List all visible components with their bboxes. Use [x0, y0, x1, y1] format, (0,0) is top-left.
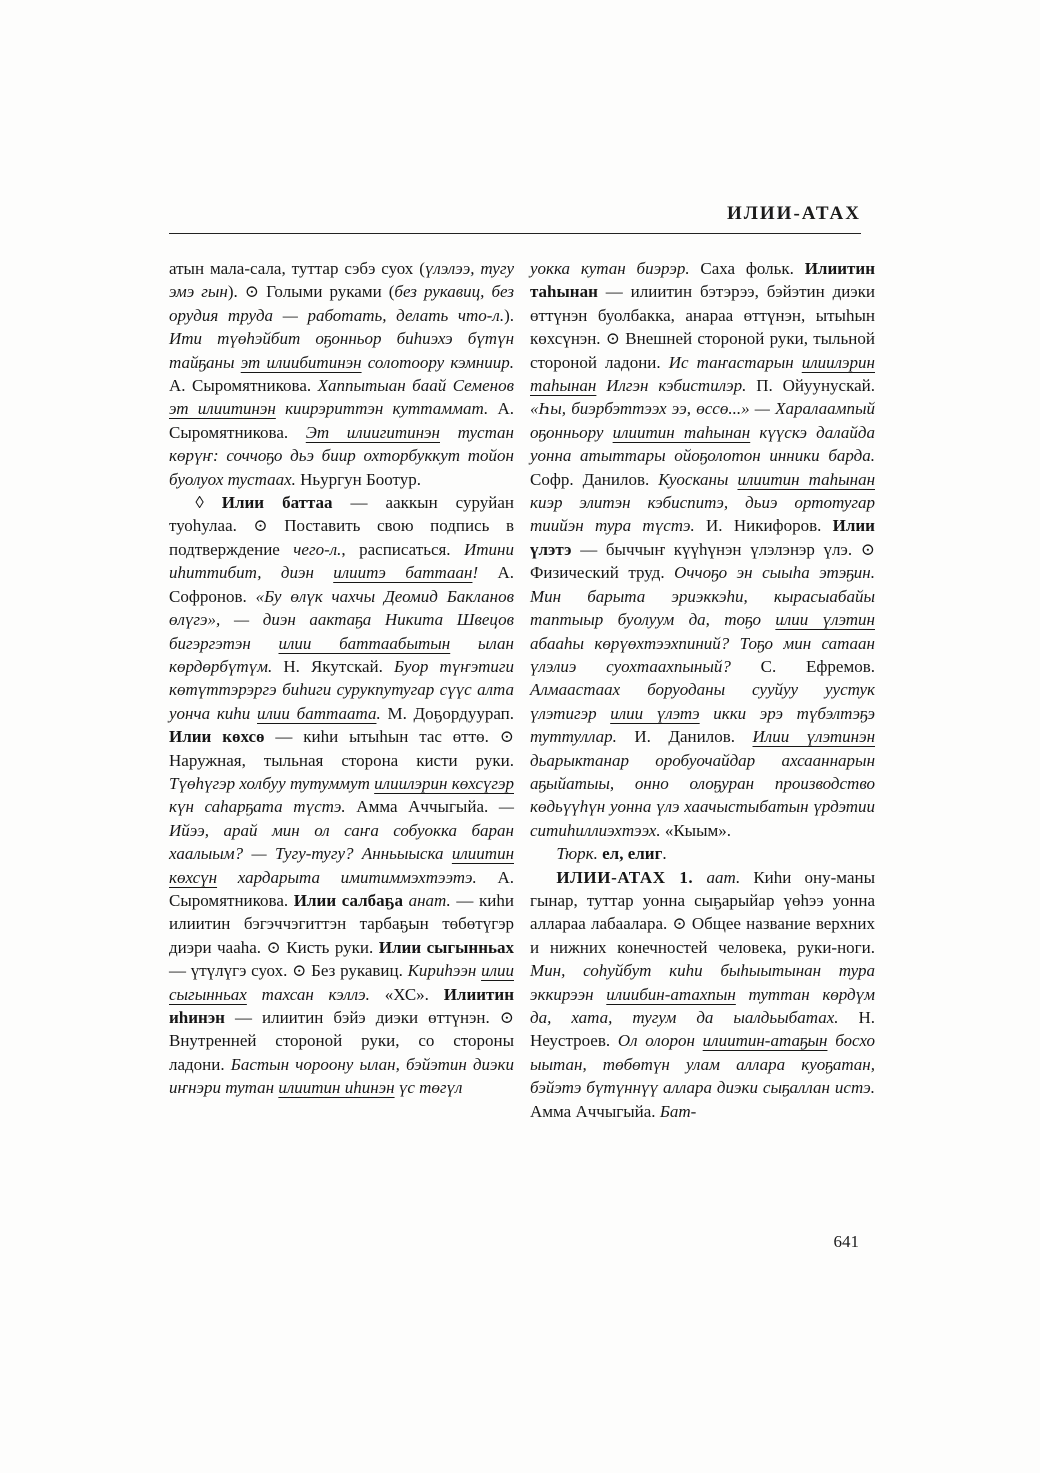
dictionary-page: ИЛИИ-АТАХ атын мала-сала, туттар сэбэ су…	[0, 0, 1040, 1473]
text-run: Хаппытыан баай Семенов	[318, 376, 514, 395]
text-run: Бат-	[660, 1102, 696, 1121]
text-run: тахсан кэллэ.	[247, 985, 370, 1004]
text-run: , расписаться.	[341, 540, 464, 559]
text-run: «Кыым».	[661, 821, 731, 840]
text-run: илии баттаабытын	[279, 634, 451, 653]
text-run: Ньургун Боотур.	[296, 470, 421, 489]
text-run: П. Ойуунускай.	[746, 376, 875, 395]
text-column-right: уокка кутан биэрэр. Саха фольк. Илиитин …	[530, 257, 875, 1123]
text-run: И. Данилов.	[617, 727, 753, 746]
text-column-left: атын мала-сала, туттар сэбэ суох (үлэлээ…	[169, 257, 514, 1123]
text-run: ). ⊙ Голыми руками (	[228, 282, 395, 301]
text-run: үс төгүл	[395, 1078, 463, 1097]
text-run: ).	[504, 306, 514, 325]
header-rule	[169, 233, 861, 234]
text-run: чего-л.	[293, 540, 341, 559]
text-run: уокка кутан биэрэр.	[530, 259, 690, 278]
text-body: атын мала-сала, туттар сэбэ суох (үлэлээ…	[169, 257, 875, 1123]
text-run: Куосканы	[658, 470, 737, 489]
text-run: илиитин-атаҕын	[703, 1031, 828, 1050]
text-run: Ол олорон	[618, 1031, 703, 1050]
page-number: 641	[169, 1232, 859, 1252]
text-run: илиилэрин көхсүгэр	[374, 774, 514, 793]
text-run: Кириһээн	[408, 961, 481, 980]
text-run: Илгэн кэбистилэр.	[596, 376, 746, 395]
running-head: ИЛИИ-АТАХ	[169, 203, 861, 225]
text-run: Эт илиигитинэн	[306, 423, 440, 442]
text-run: Саха фольк.	[690, 259, 805, 278]
text-run: М. Доҕордуурап.	[381, 704, 514, 723]
text-run: .	[662, 844, 666, 863]
text-run: илии үлэтэ	[610, 704, 699, 723]
text-run: Түөһүгэр холбуу тутуммут	[169, 774, 374, 793]
text-run: атын мала-сала, туттар сэбэ суох (	[169, 259, 425, 278]
text-run: киирэриттэн куттаммат.	[276, 399, 488, 418]
text-run: илиибин-атахпын	[606, 985, 736, 1004]
text-run: илии баттаата	[257, 704, 376, 723]
text-run: Н. Якутскай.	[272, 657, 394, 676]
text-run: илии үлэтин	[775, 610, 875, 629]
text-run: Ис таҥастарын	[669, 353, 802, 372]
text-run: А. Сыромятникова.	[169, 376, 318, 395]
text-run: Илии сыгынньах	[379, 938, 514, 957]
text-run: Илии үлэтинэн	[753, 727, 876, 746]
paragraph: ◊ Илии баттаа — ааккын суруйан туоһулаа.…	[169, 491, 514, 1100]
text-run: ел, елиг	[602, 844, 662, 863]
text-run: Софр. Данилов.	[530, 470, 658, 489]
text-run: аат.	[706, 868, 740, 887]
text-run: И. Никифоров.	[695, 516, 833, 535]
paragraph: Тюрк. ел, елиг.	[530, 842, 875, 865]
text-run: эт илиитинэн	[169, 399, 276, 418]
text-run: илиитин иһинэн	[278, 1078, 394, 1097]
text-run: ИЛИИ-АТАХ 1.	[556, 868, 693, 887]
text-run: илиитин таһынан	[737, 470, 875, 489]
text-run: илиитэ баттаан	[333, 563, 472, 582]
text-run: Илии салбаҕа	[294, 891, 403, 910]
paragraph: атын мала-сала, туттар сэбэ суох (үлэлээ…	[169, 257, 514, 491]
text-run: эт илиибитинэн	[241, 353, 362, 372]
paragraph: уокка кутан биэрэр. Саха фольк. Илиитин …	[530, 257, 875, 842]
text-run: Илии көхсө	[169, 727, 265, 746]
text-run: — үтүлүгэ суох. ⊙ Без рукавиц.	[169, 961, 408, 980]
text-run: хардарыта имитиммэхтээтэ.	[217, 868, 477, 887]
text-run: Тюрк.	[556, 844, 598, 863]
text-run: анат.	[409, 891, 451, 910]
text-run: Амма Аччыгыйа.	[346, 797, 499, 816]
text-run: ◊	[195, 493, 221, 512]
paragraph: ИЛИИ-АТАХ 1. аат. Киһи ону-маны гынар, т…	[530, 866, 875, 1123]
text-run: илиитин таһынан	[613, 423, 751, 442]
text-run	[693, 868, 706, 887]
text-run: күн саһарҕата түстэ.	[169, 797, 346, 816]
text-run: солотоору кэмниир.	[362, 353, 514, 372]
text-run: «ХС».	[370, 985, 444, 1004]
text-run: Амма Аччыгыйа.	[530, 1102, 660, 1121]
text-run: Илии баттаа	[222, 493, 333, 512]
text-run: С. Ефремов.	[731, 657, 875, 676]
